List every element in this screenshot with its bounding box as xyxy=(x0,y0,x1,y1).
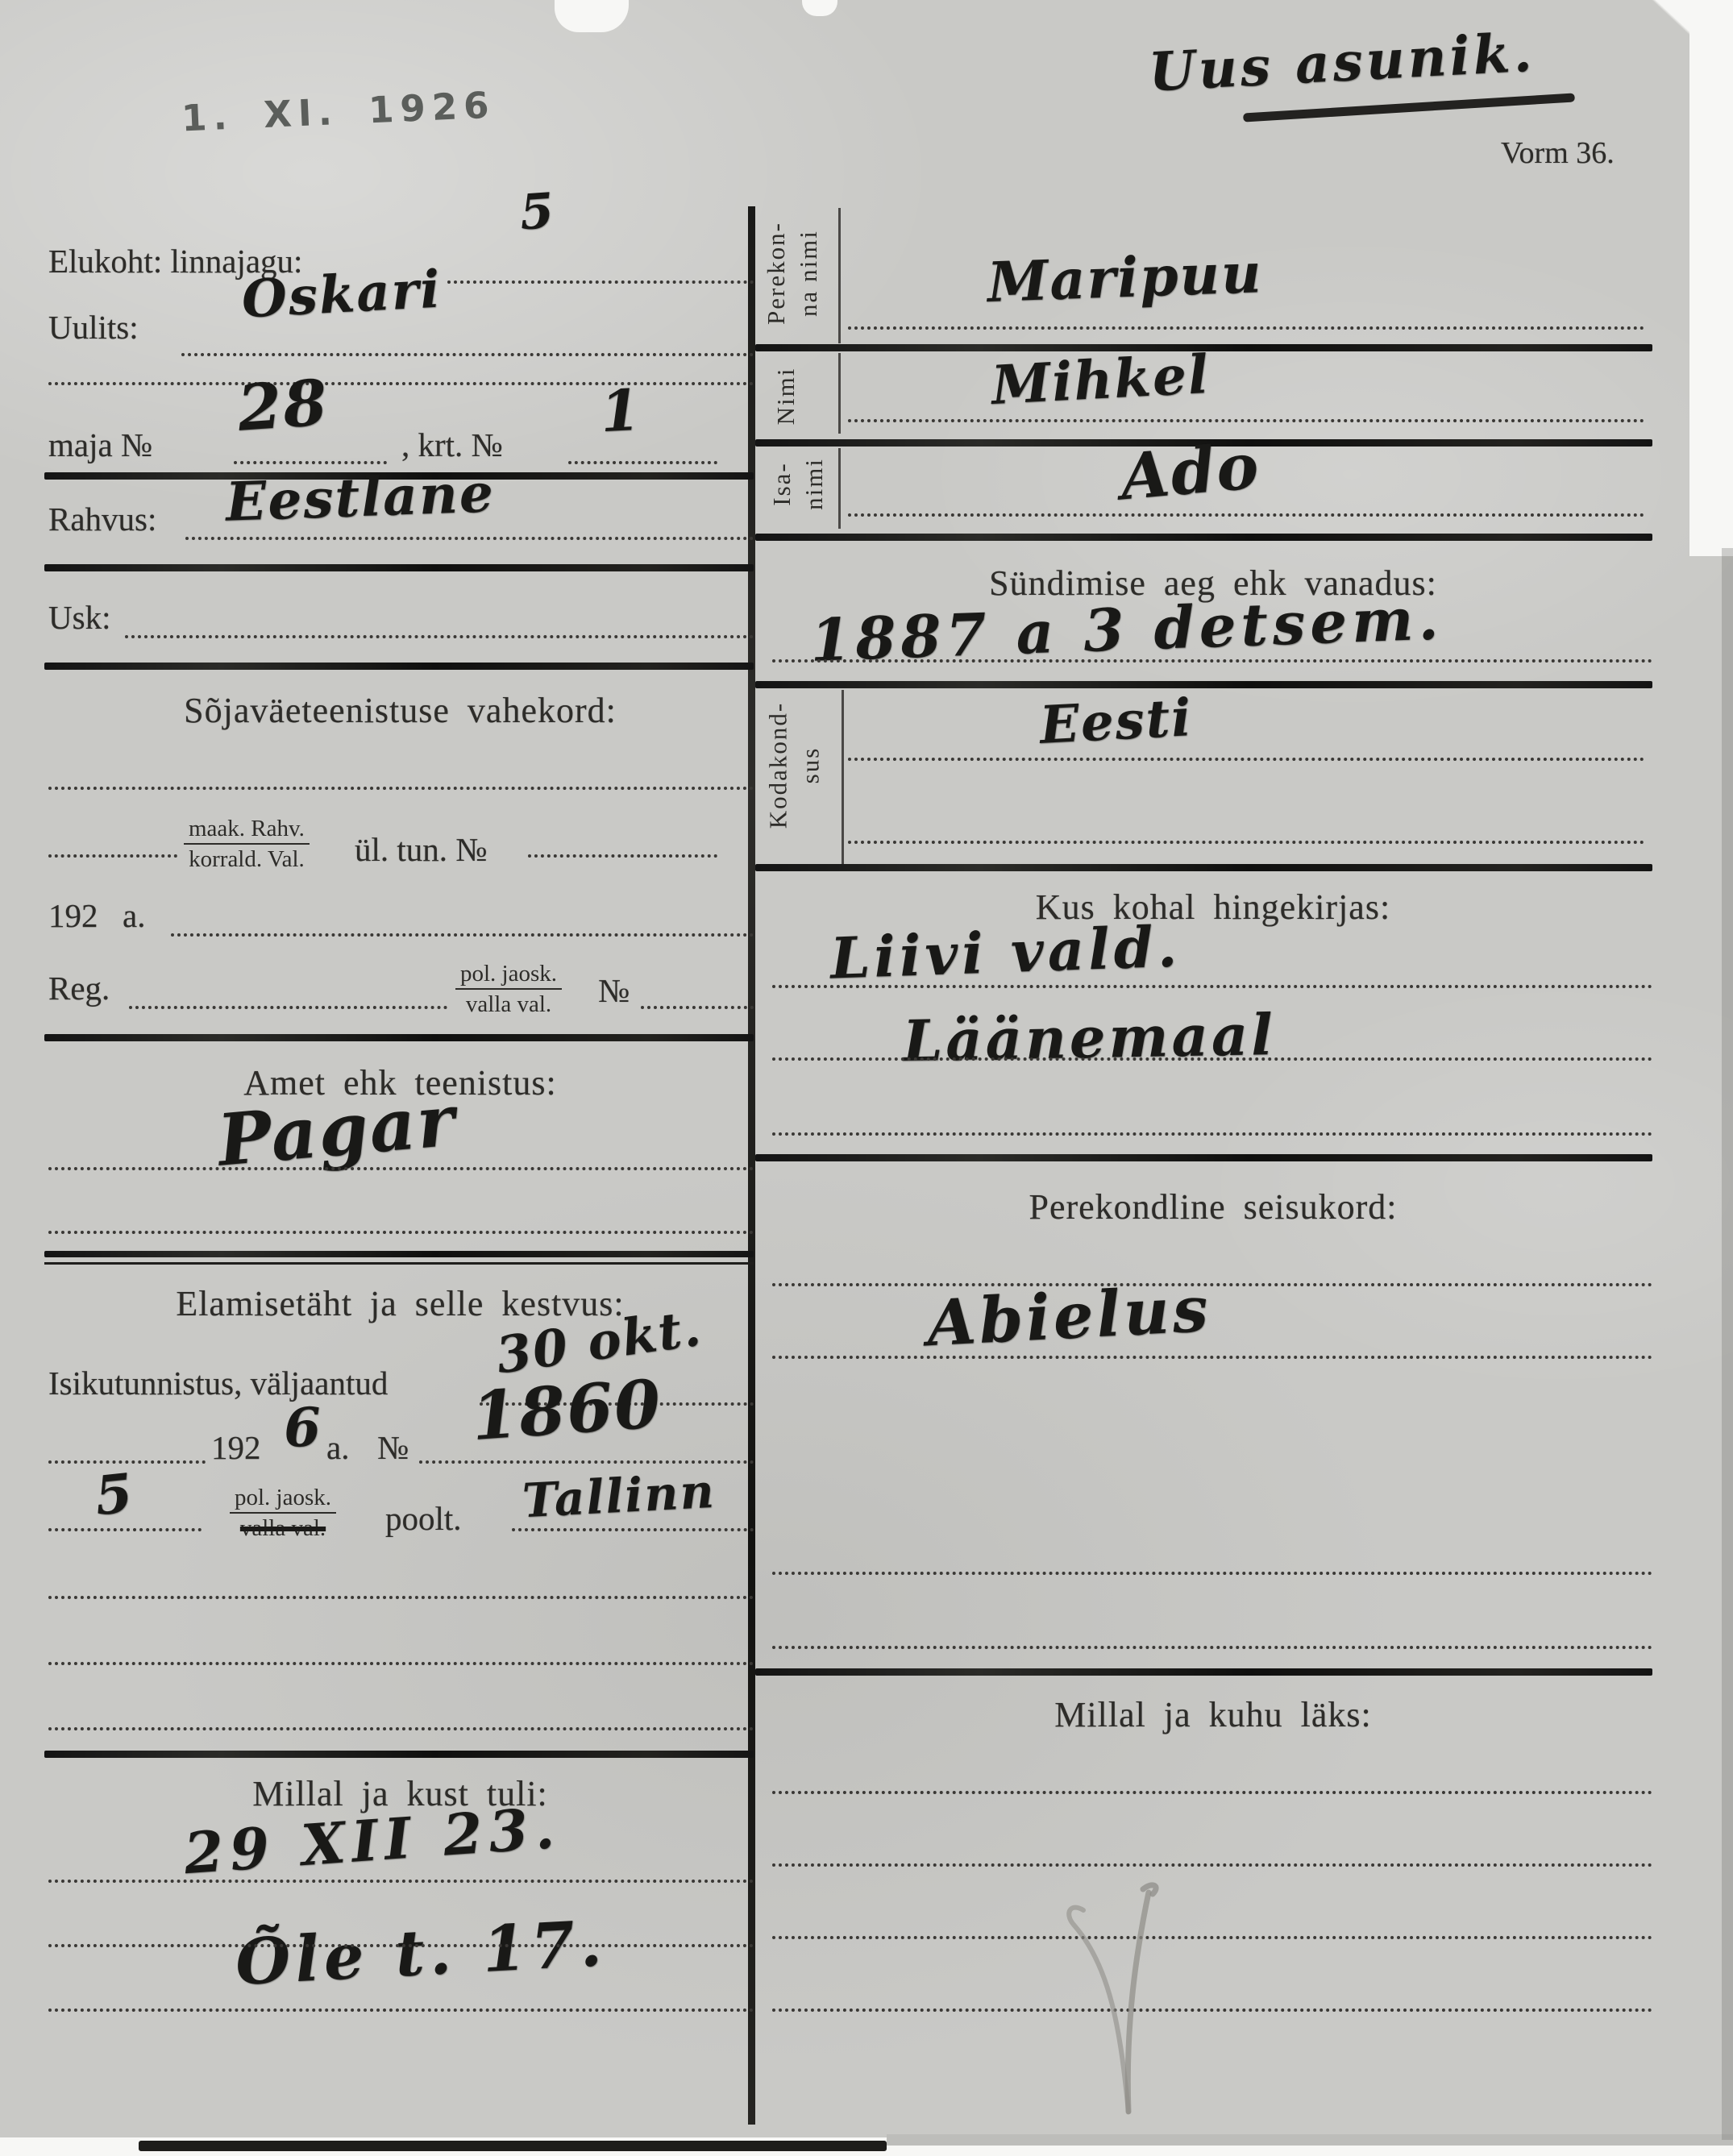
dotted-line xyxy=(772,1132,1652,1136)
form-number: Vorm 36. xyxy=(1501,135,1615,171)
field-ul-tun-label: ül. tun. № xyxy=(355,830,487,869)
section-divider xyxy=(755,681,1652,688)
rotated-label-kodakondsus: Kodakond- sus xyxy=(763,697,839,834)
dotted-line xyxy=(181,353,754,356)
dotted-line xyxy=(848,419,1644,422)
paper-bottom-edge-gray xyxy=(887,2134,1733,2146)
fraction-bottom-label: korrald. Val. xyxy=(184,845,310,872)
field-seisukord-value: Abielus xyxy=(925,1273,1213,1360)
section-divider xyxy=(44,1034,754,1041)
dotted-line xyxy=(772,1936,1652,1939)
section-divider xyxy=(755,534,1652,541)
section-divider xyxy=(755,1154,1652,1161)
dotted-line xyxy=(772,1283,1652,1286)
field-uulits-label: Uulits: xyxy=(48,308,139,347)
field-krt-label: , krt. № xyxy=(401,426,503,464)
dotted-line xyxy=(568,461,717,464)
fraction-pol-jaosk: pol. jaosk. valla val. xyxy=(455,961,562,1018)
fraction-top-label: pol. jaosk. xyxy=(455,961,562,990)
dotted-line xyxy=(419,1460,754,1464)
field-poolt-org-value: Tallinn xyxy=(521,1464,717,1528)
rotated-label-isanimi: Isa- nimi xyxy=(766,446,834,522)
scanned-registration-card: 1. XI. 1926 Uus asunik. Vorm 36. Elukoht… xyxy=(0,0,1733,2156)
dotted-line xyxy=(48,1944,754,1947)
field-krt-value: 1 xyxy=(599,376,643,446)
field-nimi-value: Mihkel xyxy=(990,343,1211,417)
dotted-line xyxy=(234,461,387,464)
fraction-bottom-label-struck: valla val. xyxy=(230,1514,336,1541)
field-reg-label: Reg. xyxy=(48,969,110,1007)
fraction-pol-jaosk-2: pol. jaosk. valla val. xyxy=(230,1485,336,1542)
field-isik-year-suffix: a. xyxy=(326,1428,349,1467)
field-elukoht-value: 5 xyxy=(518,183,558,242)
torn-edge-top-small-notch xyxy=(802,0,837,16)
section-divider xyxy=(44,1751,754,1758)
field-isikutunnistus-label: Isikutunnistus, väljaantud xyxy=(48,1364,388,1402)
dotted-line xyxy=(129,1006,447,1009)
dotted-line xyxy=(185,537,754,540)
page-right-edge-shadow xyxy=(1722,548,1733,2140)
field-isik-no-label: № xyxy=(377,1428,409,1467)
field-tuli-place-value: Õle t. 17. xyxy=(234,1907,609,2000)
date-stamp: 1. XI. 1926 xyxy=(181,84,496,140)
field-uulits-value: Oskari xyxy=(240,260,443,330)
section-divider xyxy=(755,864,1652,871)
dotted-line xyxy=(512,1528,754,1531)
field-year-suffix: a. xyxy=(123,896,145,935)
label-separator-line xyxy=(842,690,844,864)
field-hingekiri-value-line2: Läänemaal xyxy=(902,1001,1276,1074)
label-separator-line xyxy=(838,353,841,434)
dotted-line xyxy=(48,1231,754,1234)
dotted-line xyxy=(125,635,754,638)
field-kodakondsus-value: Eesti xyxy=(1038,688,1194,756)
dotted-line xyxy=(48,1880,754,1883)
dotted-line xyxy=(772,1356,1652,1359)
field-maja-label: maja № xyxy=(48,426,152,464)
dotted-line xyxy=(772,1863,1652,1867)
pencil-mark xyxy=(1024,1878,1193,2128)
field-usk-label: Usk: xyxy=(48,598,110,637)
field-perekonnanimi-value: Maripuu xyxy=(987,241,1264,315)
dotted-line xyxy=(641,1006,754,1009)
dotted-line xyxy=(772,1791,1652,1794)
dotted-line xyxy=(848,758,1644,761)
field-isik-no-value: 1860 xyxy=(469,1365,664,1456)
field-maja-value: 28 xyxy=(235,366,331,446)
field-rahvus-label: Rahvus: xyxy=(48,500,156,538)
section-divider xyxy=(44,564,754,571)
dotted-line xyxy=(772,2009,1652,2012)
section-divider xyxy=(755,1668,1652,1676)
dotted-line xyxy=(772,1646,1652,1649)
dotted-line xyxy=(772,985,1652,988)
dotted-line xyxy=(48,1727,754,1730)
dotted-line xyxy=(48,1167,754,1170)
label-separator-line xyxy=(838,208,841,343)
heading-millal-laks: Millal ja kuhu läks: xyxy=(774,1694,1652,1735)
fraction-top-label: pol. jaosk. xyxy=(230,1485,336,1514)
fraction-top-label: maak. Rahv. xyxy=(184,816,310,845)
heading-seisukord: Perekondline seisukord: xyxy=(774,1186,1652,1228)
dotted-line xyxy=(171,933,754,937)
label-separator-line xyxy=(838,448,841,529)
fraction-bottom-label: valla val. xyxy=(455,990,562,1017)
dotted-line xyxy=(48,2009,754,2012)
dotted-line xyxy=(48,382,754,385)
rotated-label-perekonnanimi: Perekon- na nimi xyxy=(760,208,833,339)
dotted-line xyxy=(528,854,717,858)
dotted-line xyxy=(48,1596,754,1599)
field-reg-no-label: № xyxy=(598,971,630,1010)
rotated-label-nimi: Nimi xyxy=(770,361,806,431)
field-jaoskond-value: 5 xyxy=(92,1461,137,1528)
scan-background-right-strip xyxy=(1689,0,1733,556)
field-rahvus-value: Eestlane xyxy=(225,461,496,534)
margin-note-underline xyxy=(1243,93,1575,122)
section-divider xyxy=(44,1251,754,1257)
dotted-line xyxy=(48,1528,202,1531)
field-isanimi-value: Ado xyxy=(1117,430,1262,515)
fraction-maak-rahv: maak. Rahv. korrald. Val. xyxy=(184,816,310,873)
dotted-line xyxy=(848,326,1644,330)
heading-sojavaeteenistus: Sõjaväeteenistuse vahekord: xyxy=(47,690,754,731)
central-column-divider xyxy=(748,206,755,2125)
section-divider-thin xyxy=(44,1262,754,1265)
field-year-label: 192 xyxy=(48,896,98,935)
field-isik-year-value: 6 xyxy=(283,1395,324,1460)
dotted-line xyxy=(772,1057,1652,1061)
dotted-line xyxy=(772,1572,1652,1575)
dotted-line xyxy=(447,280,754,284)
torn-corner-top-right xyxy=(1612,0,1733,77)
dotted-line xyxy=(848,841,1644,844)
dotted-line xyxy=(772,659,1652,663)
margin-note-handwriting: Uus asunik. xyxy=(1147,21,1536,104)
field-hingekiri-value-line1: Liivi vald. xyxy=(829,912,1182,991)
dotted-line xyxy=(48,854,177,858)
dotted-line xyxy=(48,1662,754,1665)
field-poolt-label: poolt. xyxy=(385,1499,462,1538)
field-isik-year-label: 192 xyxy=(211,1428,261,1467)
scan-shadow-bottom-band xyxy=(139,2141,887,2151)
dotted-line xyxy=(848,513,1644,517)
section-divider xyxy=(44,663,754,670)
torn-edge-top-notch xyxy=(555,0,629,32)
dotted-line xyxy=(48,787,754,790)
